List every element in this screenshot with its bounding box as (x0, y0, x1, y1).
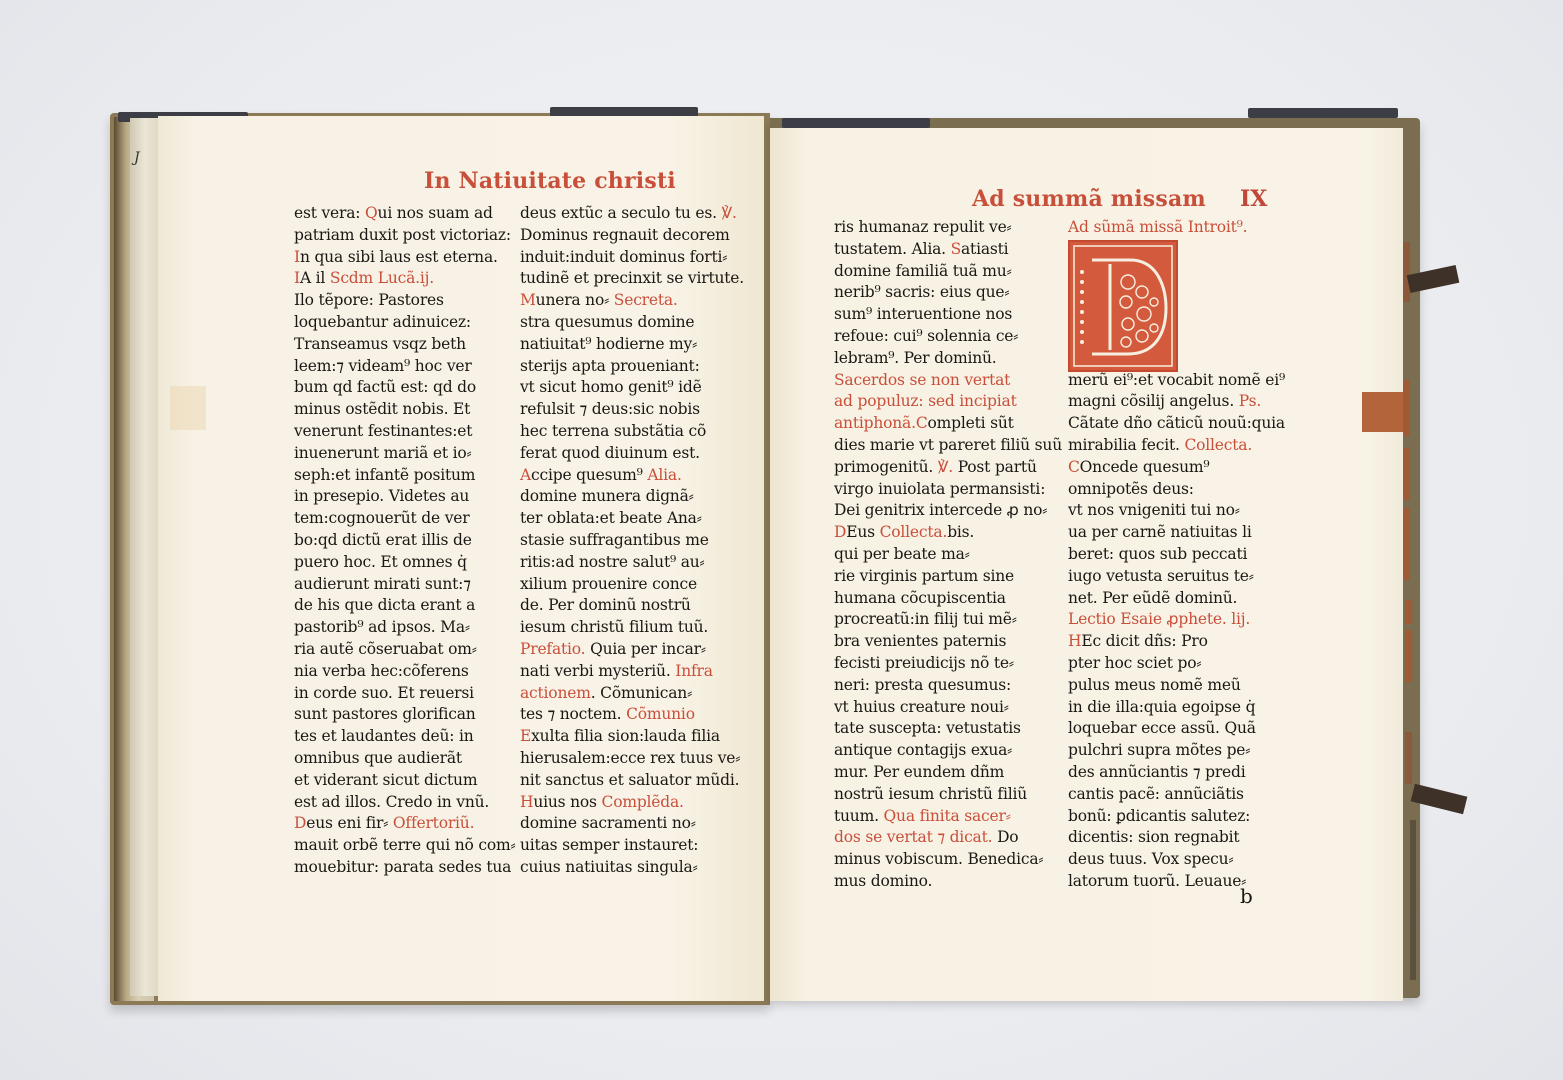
rubric: Alia. (647, 466, 681, 484)
text-line: loquebar ecce assũ. Quã (1068, 718, 1285, 740)
rubric: A (520, 466, 531, 484)
text-line: Dominus regnauit decorem (520, 225, 744, 247)
text-run: vt sicut homo genit⁹ idẽ (520, 378, 702, 396)
text-run: fecisti preiudicijs nõ te⸗ (834, 654, 1014, 672)
text-line: nerib⁹ sacris: eius que⸗ (834, 282, 1062, 304)
rubric: Ad sũmã missã Introit⁹. (1068, 218, 1247, 236)
text-line: ferat quod diuinum est. (520, 443, 744, 465)
text-line: Prefatio. Quia per incar⸗ (520, 639, 744, 661)
text-run: xilium prouenire conce (520, 575, 697, 593)
rubric: Cõmunio (626, 705, 695, 723)
text-run: minus vobiscum. Benedica⸗ (834, 850, 1043, 868)
edge-strip-2 (1403, 508, 1410, 580)
text-line: des annũciantis ⁊ predi (1068, 762, 1285, 784)
text-run: merũ ei⁹:et vocabit nomẽ ei⁹ (1068, 371, 1285, 389)
text-line: refoue: cui⁹ solennia ce⸗ (834, 326, 1062, 348)
text-run: unera no⸗ (536, 291, 614, 309)
rubric: D (834, 523, 846, 541)
text-line: In qua sibi laus est eterna. (294, 247, 515, 269)
text-line: mauit orbẽ terre qui nõ com⸗ (294, 835, 515, 857)
text-run: uius nos (533, 793, 601, 811)
text-line: stra quesumus domine (520, 312, 744, 334)
text-line: ter oblata:et beate Ana⸗ (520, 508, 744, 530)
text-run: des annũciantis ⁊ predi (1068, 763, 1246, 781)
text-line: loquebantur adinuicez: (294, 312, 515, 334)
text-line: inuenerunt mariã et io⸗ (294, 443, 515, 465)
rubric: Secreta. (614, 291, 678, 309)
text-line: qui per beate ma⸗ (834, 544, 1062, 566)
rubric: Offertoriũ. (393, 814, 474, 832)
text-line: omnibus que audierãt (294, 748, 515, 770)
text-run: omnibus que audierãt (294, 749, 462, 767)
text-line: tes et laudantes deũ: in (294, 726, 515, 748)
text-line: Dei genitrix intercede ꝓ no⸗ (834, 500, 1062, 522)
text-line: procreatũ:in filij tui mẽ⸗ (834, 609, 1062, 631)
text-run: xulta filia sion:lauda filia (531, 727, 720, 745)
text-line: ua per carnẽ natiuitas li (1068, 522, 1285, 544)
headband-right-corner (1248, 108, 1398, 118)
text-run: nostrũ iesum christũ filiũ (834, 785, 1027, 803)
text-line: minus ostẽdit nobis. Et (294, 399, 515, 421)
text-run: refoue: cui⁹ solennia ce⸗ (834, 327, 1018, 345)
text-line: lebram⁹. Per dominũ. (834, 348, 1062, 370)
text-run: primogenitũ. (834, 458, 938, 476)
text-line: deus extũc a seculo tu es. ℣. (520, 203, 744, 225)
text-line: IA il Scdm Lucã.ij. (294, 268, 515, 290)
text-line: Sacerdos se non vertat (834, 370, 1062, 392)
text-line: mouebitur: parata sedes tua (294, 857, 515, 879)
text-run: pastorib⁹ ad ipsos. Ma⸗ (294, 618, 470, 636)
text-run: magni cõsilij angelus. (1068, 392, 1239, 410)
text-run: omnipotẽs deus: (1068, 480, 1194, 498)
rubric: S (951, 240, 961, 258)
text-line: leem:⁊ videam⁹ hoc ver (294, 356, 515, 378)
rubric: Scdm Lucã.ij. (330, 269, 434, 287)
text-run: inuenerunt mariã et io⸗ (294, 444, 471, 462)
text-run: pter hoc sciet po⸗ (1068, 654, 1201, 672)
text-run: puero hoc. Et omnes q̇ (294, 553, 467, 571)
text-run: patriam duxit post victoriaz: (294, 226, 511, 244)
paper-stain (170, 386, 206, 430)
text-run: deus extũc a seculo tu es. (520, 204, 722, 222)
text-run: Dei genitrix intercede ꝓ no⸗ (834, 501, 1047, 519)
text-run: latorum tuorũ. Leuaue⸗ (1068, 872, 1246, 890)
text-line: Exulta filia sion:lauda filia (520, 726, 744, 748)
text-line: refulsit ⁊ deus:sic nobis (520, 399, 744, 421)
headband-right (782, 118, 930, 128)
text-run: in corde suo. Et reuersi (294, 684, 474, 702)
rubric: Lectio Esaie ꝓphete. lij. (1068, 610, 1250, 628)
text-line: cuius natiuitas singula⸗ (520, 857, 744, 879)
text-run: atiasti (961, 240, 1008, 258)
text-line: bo:qd dictũ erat illis de (294, 530, 515, 552)
text-line: sum⁹ interuentione nos (834, 304, 1062, 326)
text-run: natiuitat⁹ hodierne my⸗ (520, 335, 697, 353)
text-line: vt nos vnigeniti tui no⸗ (1068, 500, 1285, 522)
text-run: mus domino. (834, 872, 932, 890)
text-run: bo:qd dictũ erat illis de (294, 531, 472, 549)
text-line: bonũ: ꝑdicantis salutez: (1068, 806, 1285, 828)
text-line: humana cõcupiscentia (834, 588, 1062, 610)
text-line: domine familiã tuã mu⸗ (834, 261, 1062, 283)
text-run: domine sacramenti no⸗ (520, 814, 696, 832)
text-run: ua per carnẽ natiuitas li (1068, 523, 1252, 541)
text-line: seph:et infantẽ positum (294, 465, 515, 487)
text-line: Huius nos Complẽda. (520, 792, 744, 814)
text-run: seph:et infantẽ positum (294, 466, 475, 484)
text-line: patriam duxit post victoriaz: (294, 225, 515, 247)
right-cover-edge (1410, 820, 1416, 980)
text-run: tuum. (834, 807, 884, 825)
text-line: merũ ei⁹:et vocabit nomẽ ei⁹ (1068, 370, 1285, 392)
left-column-1: est vera: Qui nos suam adpatriam duxit p… (294, 203, 515, 879)
folio-number: IX (1240, 186, 1267, 212)
text-run: nati verbi mysteriũ. (520, 662, 675, 680)
rubric: C (1068, 458, 1080, 476)
text-run: de his que dicta erant a (294, 596, 475, 614)
text-line: actionem. Cõmunican⸗ (520, 683, 744, 705)
text-line: magni cõsilij angelus. Ps. (1068, 391, 1285, 413)
text-line: iugo vetusta seruitus te⸗ (1068, 566, 1285, 588)
text-line: nostrũ iesum christũ filiũ (834, 784, 1062, 806)
text-run: virgo inuiolata permansisti: (834, 480, 1045, 498)
text-run: refulsit ⁊ deus:sic nobis (520, 400, 700, 418)
text-line: cantis pacẽ: annũciãtis (1068, 784, 1285, 806)
tab-hinge (1403, 380, 1410, 436)
text-run: deus tuus. Vox specu⸗ (1068, 850, 1233, 868)
text-line: virgo inuiolata permansisti: (834, 479, 1062, 501)
text-line: Accipe quesum⁹ Alia. (520, 465, 744, 487)
text-line: nit sanctus et saluator mũdi. (520, 770, 744, 792)
text-line: ritis:ad nostre salut⁹ au⸗ (520, 552, 744, 574)
rubric: Infra (675, 662, 713, 680)
text-run: bis. (947, 523, 974, 541)
running-head-left: In Natiuitate christi (424, 168, 676, 194)
text-run: sum⁹ interuentione nos (834, 305, 1012, 323)
text-line: tudinẽ et precinxit se virtute. (520, 268, 744, 290)
text-run: Cãtate dño cãticũ nouũ:quia (1068, 414, 1285, 432)
text-run: Oncede quesum⁹ (1080, 458, 1210, 476)
text-line: vt sicut homo genit⁹ idẽ (520, 377, 744, 399)
rubric: Prefatio. (520, 640, 585, 658)
rubric: H (520, 793, 533, 811)
text-run: bra venientes paternis (834, 632, 1006, 650)
text-line: et viderant sicut dictum (294, 770, 515, 792)
text-run: hierusalem:ecce rex tuus ve⸗ (520, 749, 740, 767)
ornate-initial-d-icon (1068, 240, 1178, 372)
text-run: dicentis: sion regnabit (1068, 828, 1239, 846)
text-line: ria autẽ cõseruabat om⸗ (294, 639, 515, 661)
text-line: uitas semper instauret: (520, 835, 744, 857)
text-line: Transeamus vsqz beth (294, 334, 515, 356)
rubric: ad populuz: sed incipiat (834, 392, 1017, 410)
text-line: beret: quos sub peccati (1068, 544, 1285, 566)
text-line: stasie suffragantibus me (520, 530, 744, 552)
text-run: rie virginis partum sine (834, 567, 1014, 585)
text-line: in presepio. Videtes au (294, 486, 515, 508)
text-line: nia verba hec:cõferens (294, 661, 515, 683)
text-run: tes ⁊ noctem. (520, 705, 626, 723)
text-line: Munera no⸗ Secreta. (520, 290, 744, 312)
text-run: humana cõcupiscentia (834, 589, 1006, 607)
text-line: venerunt festinantes:et (294, 421, 515, 443)
signature-mark: b (1240, 884, 1253, 908)
text-run: tudinẽ et precinxit se virtute. (520, 269, 744, 287)
edge-strip-3 (1405, 600, 1412, 624)
text-run: mouebitur: parata sedes tua (294, 858, 511, 876)
text-line: est ad illos. Credo in vnũ. (294, 792, 515, 814)
text-line: de his que dicta erant a (294, 595, 515, 617)
clasp-hinge-bottom (1405, 732, 1412, 784)
text-line: neri: presta quesumus: (834, 675, 1062, 697)
text-line: pastorib⁹ ad ipsos. Ma⸗ (294, 617, 515, 639)
text-run: Post partũ (953, 458, 1037, 476)
edge-strip-1 (1403, 448, 1410, 500)
running-head-right: Ad summã missam (972, 186, 1206, 212)
text-run: Ilo tẽpore: Pastores (294, 291, 444, 309)
text-run: uitas semper instauret: (520, 836, 698, 854)
text-line: audierunt mirati sunt:⁊ (294, 574, 515, 596)
text-line: antiphonã.Completi sũt (834, 413, 1062, 435)
text-line: de. Per dominũ nostrũ (520, 595, 744, 617)
rubric: Q (365, 204, 378, 222)
text-line: COncede quesum⁹ (1068, 457, 1285, 479)
text-line: Deus eni fir⸗ Offertoriũ. (294, 813, 515, 835)
text-line: pulus meus nomẽ meũ (1068, 675, 1285, 697)
text-run: beret: quos sub peccati (1068, 545, 1247, 563)
text-run: et viderant sicut dictum (294, 771, 477, 789)
rubric: Qua finita sacer⸗ (884, 807, 1011, 825)
rubric: dos se vertat ⁊ dicat. (834, 828, 992, 846)
text-run: tem:cognouerũt de ver (294, 509, 469, 527)
text-run: net. Per eũdẽ dominũ. (1068, 589, 1237, 607)
text-line: tate suscepta: vetustatis (834, 718, 1062, 740)
text-run: ccipe quesum⁹ (531, 466, 647, 484)
text-run: loquebantur adinuicez: (294, 313, 471, 331)
rubric: antiphonã. (834, 414, 916, 432)
text-line: Ilo tẽpore: Pastores (294, 290, 515, 312)
text-run: nia verba hec:cõferens (294, 662, 469, 680)
text-run: in presepio. Videtes au (294, 487, 469, 505)
text-run: leem:⁊ videam⁹ hoc ver (294, 357, 472, 375)
text-run: ter oblata:et beate Ana⸗ (520, 509, 702, 527)
text-run: mauit orbẽ terre qui nõ com⸗ (294, 836, 515, 854)
text-line: dos se vertat ⁊ dicat. Do (834, 827, 1062, 849)
text-run: venerunt festinantes:et (294, 422, 472, 440)
rubric: Complẽda. (602, 793, 684, 811)
text-line: xilium prouenire conce (520, 574, 744, 596)
text-run: A il (300, 269, 330, 287)
text-line: dicentis: sion regnabit (1068, 827, 1285, 849)
text-line: mirabilia fecit. Collecta. (1068, 435, 1285, 457)
text-run: antique contagijs exua⸗ (834, 741, 1012, 759)
text-run: cuius natiuitas singula⸗ (520, 858, 698, 876)
clasp-hinge-top (1403, 242, 1410, 302)
text-line: tuum. Qua finita sacer⸗ (834, 806, 1062, 828)
text-line: domine munera dignã⸗ (520, 486, 744, 508)
text-run: iugo vetusta seruitus te⸗ (1068, 567, 1254, 585)
text-run: est vera: (294, 204, 365, 222)
text-line: induit:induit dominus forti⸗ (520, 247, 744, 269)
text-run: tes et laudantes deũ: in (294, 727, 474, 745)
text-run: bum qd factũ est: qd do (294, 378, 476, 396)
text-line: DEus Collecta.bis. (834, 522, 1062, 544)
rubric: actionem (520, 684, 591, 702)
text-run: audierunt mirati sunt:⁊ (294, 575, 471, 593)
text-line: pter hoc sciet po⸗ (1068, 653, 1285, 675)
text-line: in corde suo. Et reuersi (294, 683, 515, 705)
text-run: dies marie vt pareret filiũ suũ (834, 436, 1062, 454)
text-line: iesum christũ filium tuũ. (520, 617, 744, 639)
text-run: mur. Per eundem dñm (834, 763, 1004, 781)
text-run: sterijs apta proueniant: (520, 357, 700, 375)
text-run: neri: presta quesumus: (834, 676, 1011, 694)
text-run: mirabilia fecit. (1068, 436, 1185, 454)
text-line: bum qd factũ est: qd do (294, 377, 515, 399)
text-line: omnipotẽs deus: (1068, 479, 1285, 501)
text-run: domine familiã tuã mu⸗ (834, 262, 1012, 280)
text-run: qui per beate ma⸗ (834, 545, 970, 563)
text-line: rie virginis partum sine (834, 566, 1062, 588)
text-run: Ec dicit dñs: Pro (1081, 632, 1207, 650)
text-run: hec terrena substãtia cõ (520, 422, 706, 440)
rubric: Collecta. (1185, 436, 1253, 454)
text-line: tem:cognouerũt de ver (294, 508, 515, 530)
text-run: ria autẽ cõseruabat om⸗ (294, 640, 477, 658)
text-line: mus domino. (834, 871, 1062, 893)
text-run: minus ostẽdit nobis. Et (294, 400, 470, 418)
rubric: ℣. (722, 204, 737, 222)
text-line: Cãtate dño cãticũ nouũ:quia (1068, 413, 1285, 435)
text-run: . Cõmunican⸗ (591, 684, 692, 702)
text-run: lebram⁹. Per dominũ. (834, 349, 997, 367)
left-column-2: deus extũc a seculo tu es. ℣.Dominus reg… (520, 203, 744, 879)
text-run: nerib⁹ sacris: eius que⸗ (834, 283, 1009, 301)
spine-mark: J (134, 150, 140, 166)
text-run: procreatũ:in filij tui mẽ⸗ (834, 610, 1017, 628)
text-line: hec terrena substãtia cõ (520, 421, 744, 443)
text-line: puero hoc. Et omnes q̇ (294, 552, 515, 574)
right-column-1: ris humanaz repulit ve⸗tustatem. Alia. S… (834, 217, 1062, 893)
text-line: tustatem. Alia. Satiasti (834, 239, 1062, 261)
text-run: Dominus regnauit decorem (520, 226, 730, 244)
text-run: tustatem. Alia. (834, 240, 951, 258)
text-run: iesum christũ filium tuũ. (520, 618, 708, 636)
text-run: de. Per dominũ nostrũ (520, 596, 691, 614)
text-run: stasie suffragantibus me (520, 531, 709, 549)
text-run: tate suscepta: vetustatis (834, 719, 1021, 737)
text-line: hierusalem:ecce rex tuus ve⸗ (520, 748, 744, 770)
text-line: sunt pastores glorifican (294, 704, 515, 726)
text-line: tes ⁊ noctem. Cõmunio (520, 704, 744, 726)
text-run: stra quesumus domine (520, 313, 694, 331)
left-text-block-edge: J (130, 118, 160, 996)
text-run: pulus meus nomẽ meũ (1068, 676, 1241, 694)
text-run: loquebar ecce assũ. Quã (1068, 719, 1256, 737)
rubric: Collecta. (880, 523, 948, 541)
text-line: ris humanaz repulit ve⸗ (834, 217, 1062, 239)
text-run: ui nos suam ad (378, 204, 493, 222)
rubric: E (520, 727, 531, 745)
text-line: antique contagijs exua⸗ (834, 740, 1062, 762)
text-line: net. Per eũdẽ dominũ. (1068, 588, 1285, 610)
text-line: minus vobiscum. Benedica⸗ (834, 849, 1062, 871)
text-line: in die illa:quia egoipse q̇ (1068, 697, 1285, 719)
text-run: n qua sibi laus est eterna. (300, 248, 498, 266)
text-line: fecisti preiudicijs nõ te⸗ (834, 653, 1062, 675)
text-line: nati verbi mysteriũ. Infra (520, 661, 744, 683)
text-line: deus tuus. Vox specu⸗ (1068, 849, 1285, 871)
text-run: vt huius creature noui⸗ (834, 698, 1009, 716)
text-line: natiuitat⁹ hodierne my⸗ (520, 334, 744, 356)
text-line: domine sacramenti no⸗ (520, 813, 744, 835)
text-line: est vera: Qui nos suam ad (294, 203, 515, 225)
rubric: ℣. (938, 458, 953, 476)
text-line: dies marie vt pareret filiũ suũ (834, 435, 1062, 457)
text-line: sterijs apta proueniant: (520, 356, 744, 378)
text-line: HEc dicit dñs: Pro (1068, 631, 1285, 653)
text-run: pulchri supra mõtes pe⸗ (1068, 741, 1250, 759)
text-run: Quia per incar⸗ (585, 640, 705, 658)
rubric: Ps. (1239, 392, 1261, 410)
rubric: H (1068, 632, 1081, 650)
rubric: M (520, 291, 536, 309)
text-run: eus eni fir⸗ (306, 814, 393, 832)
text-run: vt nos vnigeniti tui no⸗ (1068, 501, 1240, 519)
text-run: cantis pacẽ: annũciãtis (1068, 785, 1244, 803)
text-run: bonũ: ꝑdicantis salutez: (1068, 807, 1250, 825)
text-run: Do (992, 828, 1018, 846)
text-run: est ad illos. Credo in vnũ. (294, 793, 489, 811)
rubric: Sacerdos se non vertat (834, 371, 1010, 389)
text-line: bra venientes paternis (834, 631, 1062, 653)
text-run: nit sanctus et saluator mũdi. (520, 771, 739, 789)
text-line: Ad sũmã missã Introit⁹. (1068, 217, 1285, 239)
text-run: Eus (846, 523, 879, 541)
text-run: sunt pastores glorifican (294, 705, 476, 723)
text-run: ompleti sũt (927, 414, 1013, 432)
text-line: primogenitũ. ℣. Post partũ (834, 457, 1062, 479)
metal-tab (1362, 392, 1404, 432)
text-line: Lectio Esaie ꝓphete. lij. (1068, 609, 1285, 631)
text-line: mur. Per eundem dñm (834, 762, 1062, 784)
text-line: vt huius creature noui⸗ (834, 697, 1062, 719)
rubric: C (916, 414, 928, 432)
text-run: ritis:ad nostre salut⁹ au⸗ (520, 553, 705, 571)
text-run: Transeamus vsqz beth (294, 335, 466, 353)
text-run: ris humanaz repulit ve⸗ (834, 218, 1012, 236)
text-run: ferat quod diuinum est. (520, 444, 700, 462)
text-run: in die illa:quia egoipse q̇ (1068, 698, 1255, 716)
text-line: ad populuz: sed incipiat (834, 391, 1062, 413)
text-run: domine munera dignã⸗ (520, 487, 694, 505)
edge-strip-4 (1405, 630, 1412, 682)
rubric: D (294, 814, 306, 832)
text-run: induit:induit dominus forti⸗ (520, 248, 727, 266)
text-line: pulchri supra mõtes pe⸗ (1068, 740, 1285, 762)
